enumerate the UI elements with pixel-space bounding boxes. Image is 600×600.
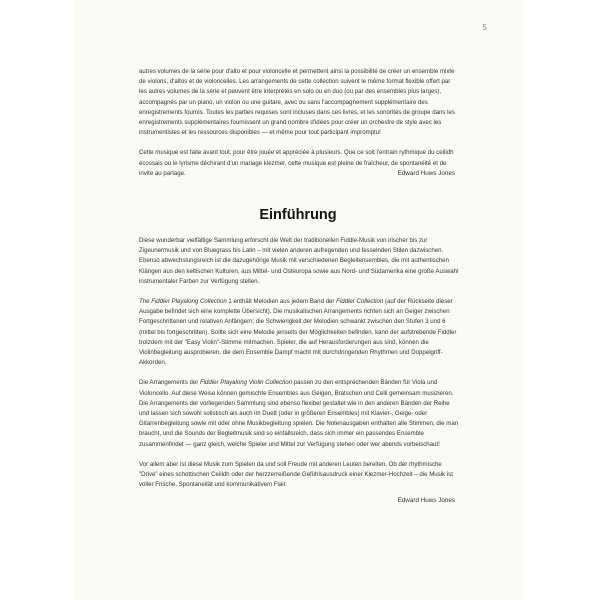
german-paragraph-1: Diese wunderbar vielfältige Sammlung erf… — [139, 236, 459, 287]
text-span: 1 enthält Melodien aus jedem Band der — [227, 298, 336, 305]
section-heading: Einführung — [73, 207, 523, 223]
text-span: Die Arrangements der — [139, 379, 200, 386]
document-page: 5 autres volumes de la série pour d'alto… — [73, 0, 523, 600]
collection-title: Fiddler Playalong Violin Collection — [200, 379, 292, 386]
text-span: (auf der Rückseite dieser Ausgabe befind… — [139, 298, 456, 366]
german-paragraph-2: The Fiddler Playalong Collection 1 enthä… — [139, 297, 459, 368]
french-signature: Edward Huws Jones — [398, 170, 455, 177]
page-number: 5 — [483, 23, 487, 32]
german-text: Diese wunderbar vielfältige Sammlung erf… — [139, 236, 459, 490]
french-paragraph-1: autres volumes de la série pour d'alto e… — [139, 67, 459, 138]
german-paragraph-3: Die Arrangements der Fiddler Playalong V… — [139, 378, 459, 449]
text-span: passen zu den entsprechenden Bänden für … — [139, 379, 458, 447]
german-signature: Edward Huws Jones — [398, 497, 455, 504]
collection-title: The Fiddler Playalong Collection — [139, 298, 227, 305]
collection-title: Fiddler Collection — [336, 298, 383, 305]
french-text: autres volumes de la série pour d'alto e… — [139, 67, 459, 179]
german-paragraph-4: Vor allem aber ist diese Musik zum Spiel… — [139, 460, 459, 491]
